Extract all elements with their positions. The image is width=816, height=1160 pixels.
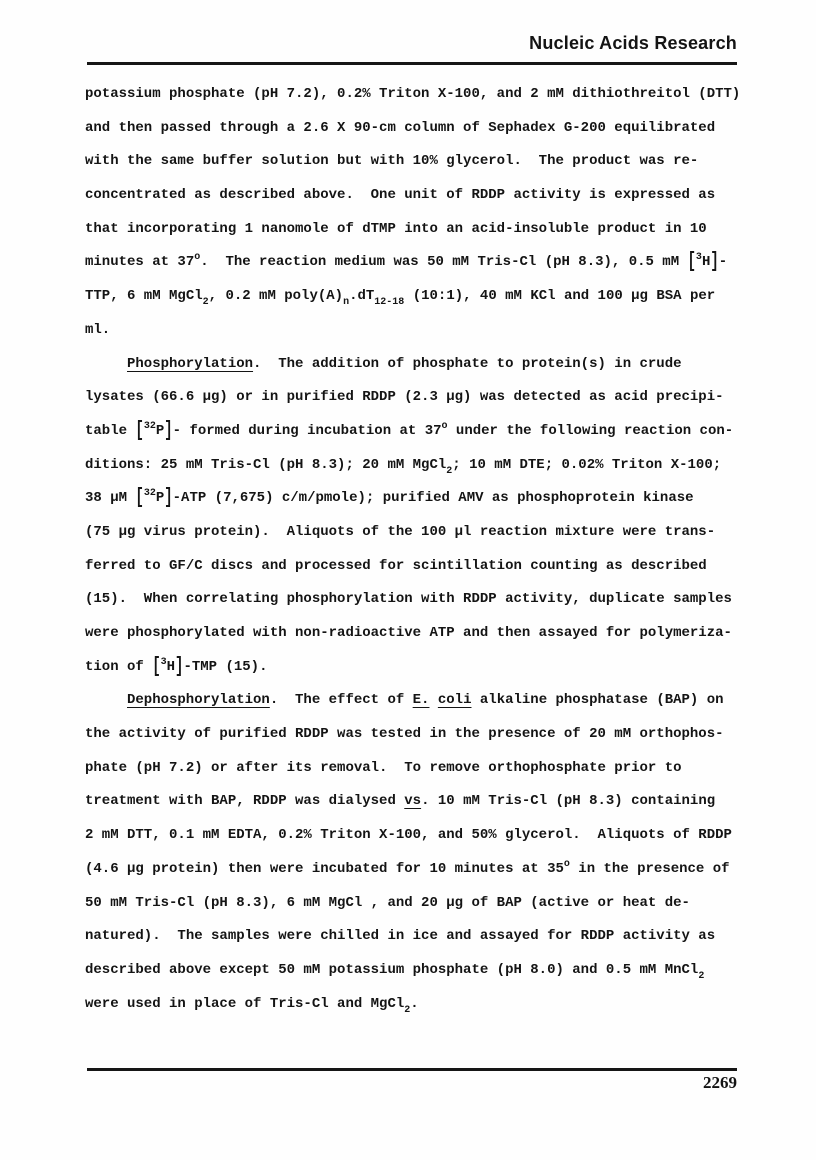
text-line: TTP, 6 mM MgCl2, 0.2 mM poly(A)n.dT12-18… — [85, 280, 753, 314]
text-line: described above except 50 mM potassium p… — [85, 954, 753, 988]
page-body: potassium phosphate (pH 7.2), 0.2% Trito… — [85, 78, 753, 1021]
page-footer: 2269 — [87, 1073, 737, 1093]
text-line: ml. — [85, 314, 753, 348]
text-line: natured). The samples were chilled in ic… — [85, 920, 753, 954]
text-line: potassium phosphate (pH 7.2), 0.2% Trito… — [85, 78, 753, 112]
text-line: (4.6 μg protein) then were incubated for… — [85, 853, 753, 887]
footer-rule — [87, 1068, 737, 1071]
text-line: 38 μM [32P]-ATP (7,675) c/m/pmole); puri… — [85, 482, 753, 516]
journal-title: Nucleic Acids Research — [529, 33, 737, 53]
text-line: Phosphorylation. The addition of phospha… — [85, 348, 753, 382]
text-line: lysates (66.6 μg) or in purified RDDP (2… — [85, 381, 753, 415]
text-line: that incorporating 1 nanomole of dTMP in… — [85, 213, 753, 247]
text-line: treatment with BAP, RDDP was dialysed vs… — [85, 785, 753, 819]
text-line: tion of [3H]-TMP (15). — [85, 651, 753, 685]
page-number: 2269 — [703, 1073, 737, 1092]
header-rule — [87, 62, 737, 65]
text-line: (15). When correlating phosphorylation w… — [85, 583, 753, 617]
text-line: the activity of purified RDDP was tested… — [85, 718, 753, 752]
text-line: ferred to GF/C discs and processed for s… — [85, 550, 753, 584]
text-line: Dephosphorylation. The effect of E. coli… — [85, 684, 753, 718]
text-line: 50 mM Tris-Cl (pH 8.3), 6 mM MgCl , and … — [85, 887, 753, 921]
text-line: ditions: 25 mM Tris-Cl (pH 8.3); 20 mM M… — [85, 449, 753, 483]
text-line: (75 μg virus protein). Aliquots of the 1… — [85, 516, 753, 550]
text-line: minutes at 37o. The reaction medium was … — [85, 246, 753, 280]
text-line: were used in place of Tris-Cl and MgCl2. — [85, 988, 753, 1022]
text-line: and then passed through a 2.6 X 90-cm co… — [85, 112, 753, 146]
text-line: were phosphorylated with non-radioactive… — [85, 617, 753, 651]
text-line: with the same buffer solution but with 1… — [85, 145, 753, 179]
text-line: phate (pH 7.2) or after its removal. To … — [85, 752, 753, 786]
text-line: 2 mM DTT, 0.1 mM EDTA, 0.2% Triton X-100… — [85, 819, 753, 853]
text-line: concentrated as described above. One uni… — [85, 179, 753, 213]
journal-page: Nucleic Acids Research potassium phospha… — [0, 0, 816, 1160]
page-header: Nucleic Acids Research — [87, 33, 737, 54]
text-line: table [32P]- formed during incubation at… — [85, 415, 753, 449]
